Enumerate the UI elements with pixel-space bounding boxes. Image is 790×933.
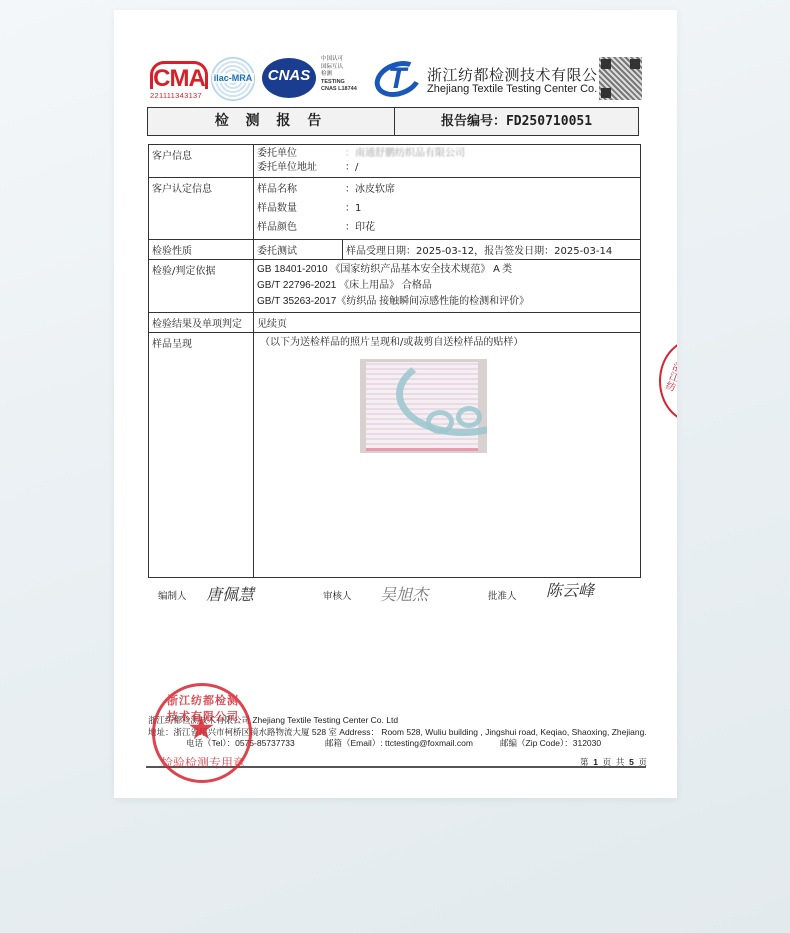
client-name-value: ：南通舒鹏纺织品有限公司 bbox=[345, 147, 637, 161]
sample-label: 样品呈现 bbox=[149, 333, 254, 578]
ilac-mra-logo: ilac-MRA bbox=[211, 57, 255, 101]
cma-number: 221111343137 bbox=[150, 91, 202, 100]
basis-row: 检验/判定依据 GB 18401-2010 《国家纺织产品基本安全技术规范》 A… bbox=[149, 260, 641, 313]
cnas-logo: CNAS bbox=[262, 58, 316, 98]
report-number: 报告编号：FD250710051 bbox=[395, 108, 638, 135]
company-name-cn: 浙江纺都检测技术有限公司 bbox=[427, 64, 613, 85]
prepared-by-signature: 唐佩慧 bbox=[206, 582, 254, 605]
client-confirmed-label: 客户认定信息 bbox=[149, 178, 254, 240]
client-name-field: 委托单位 ：南通舒鹏纺织品有限公司 bbox=[257, 147, 637, 161]
cma-logo: CMA 221111343137 bbox=[150, 61, 210, 101]
footer-email: 邮箱（Email）: ttctesting@foxmail.com bbox=[325, 737, 473, 749]
client-address-field: 委托单位地址 ：/ bbox=[257, 161, 637, 175]
signature-row: 编制人 唐佩慧 审核人 吴旭杰 批准人 陈云峰 bbox=[158, 582, 628, 608]
company-logo-icon: T bbox=[374, 58, 426, 98]
cnas-accreditation-text: 中国认可 国际互认 检测 TESTING CNAS L18744 bbox=[321, 56, 357, 94]
basis-label: 检验/判定依据 bbox=[149, 260, 254, 313]
result-row: 检验结果及单项判定 见续页 bbox=[149, 313, 641, 333]
current-page: 1 bbox=[593, 757, 599, 767]
sample-name-field: 样品名称 ：冰皮软席 bbox=[257, 180, 637, 199]
sample-row: 样品呈现 （以下为送检样品的照片呈现和/或裁剪自送检样品的贴样） bbox=[149, 333, 641, 578]
title-bar: 检 测 报 告 报告编号：FD250710051 bbox=[147, 107, 639, 136]
basis-standard: GB 18401-2010 《国家纺织产品基本安全技术规范》 A 类 bbox=[257, 262, 637, 278]
page-indicator: 第 1 页 共 5 页 bbox=[580, 756, 648, 768]
seal-purpose-text: 检验检测专用章 bbox=[159, 754, 247, 771]
sample-dates: 样品受理日期：2025-03-12，报告签发日期：2025-03-14 bbox=[343, 240, 641, 260]
client-info-row: 客户信息 委托单位 ：南通舒鹏纺织品有限公司 委托单位地址 ：/ bbox=[149, 145, 641, 178]
ilac-label: ilac-MRA bbox=[212, 73, 254, 83]
result-label: 检验结果及单项判定 bbox=[149, 313, 254, 333]
approved-by-signature: 陈云峰 bbox=[546, 578, 594, 601]
report-title: 检 测 报 告 bbox=[148, 108, 395, 135]
qr-code-icon bbox=[599, 57, 642, 100]
sample-photo bbox=[360, 359, 487, 453]
footer-zip: 邮编（Zip Code）：312030 bbox=[500, 737, 601, 749]
cma-mark: CMA bbox=[150, 61, 208, 89]
total-pages: 5 bbox=[629, 757, 635, 767]
inspection-nature-value: 委托测试 bbox=[254, 240, 343, 260]
prepared-by-label: 编制人 bbox=[158, 588, 187, 602]
star-icon: ★ bbox=[187, 712, 216, 744]
report-info-table: 客户信息 委托单位 ：南通舒鹏纺织品有限公司 委托单位地址 ：/ 客户认定信息 … bbox=[148, 144, 641, 578]
sample-color-field: 样品颜色 ：印花 bbox=[257, 218, 637, 237]
page-seam-stamp: 浙江纺 bbox=[659, 330, 677, 430]
reviewed-by-signature: 吴旭杰 bbox=[380, 582, 428, 605]
client-info-label: 客户信息 bbox=[149, 145, 254, 178]
cnas-label: CNAS bbox=[262, 67, 316, 84]
official-seal-stamp: 浙江纺都检测技术有限公司 ★ 检验检测专用章 bbox=[152, 683, 252, 783]
result-value: 见续页 bbox=[254, 313, 641, 333]
inspection-nature-row: 检验性质 委托测试 样品受理日期：2025-03-12，报告签发日期：2025-… bbox=[149, 240, 641, 260]
sample-quantity-field: 样品数量 ：1 bbox=[257, 199, 637, 218]
reviewed-by-label: 审核人 bbox=[323, 588, 352, 602]
client-confirmed-row: 客户认定信息 样品名称 ：冰皮软席 样品数量 ：1 样品颜色 ：印花 bbox=[149, 178, 641, 240]
company-name-en: Zhejiang Textile Testing Center Co. Ltd bbox=[427, 83, 616, 95]
basis-standard: GB/T 22796-2021 《床上用品》 合格品 bbox=[257, 278, 637, 294]
sample-note: （以下为送检样品的照片呈现和/或裁剪自送检样品的贴样） bbox=[257, 335, 637, 351]
basis-standard: GB/T 35263-2017《纺织品 接触瞬间凉感性能的检测和评价》 bbox=[257, 294, 637, 310]
inspection-nature-label: 检验性质 bbox=[149, 240, 254, 260]
approved-by-label: 批准人 bbox=[488, 588, 517, 602]
